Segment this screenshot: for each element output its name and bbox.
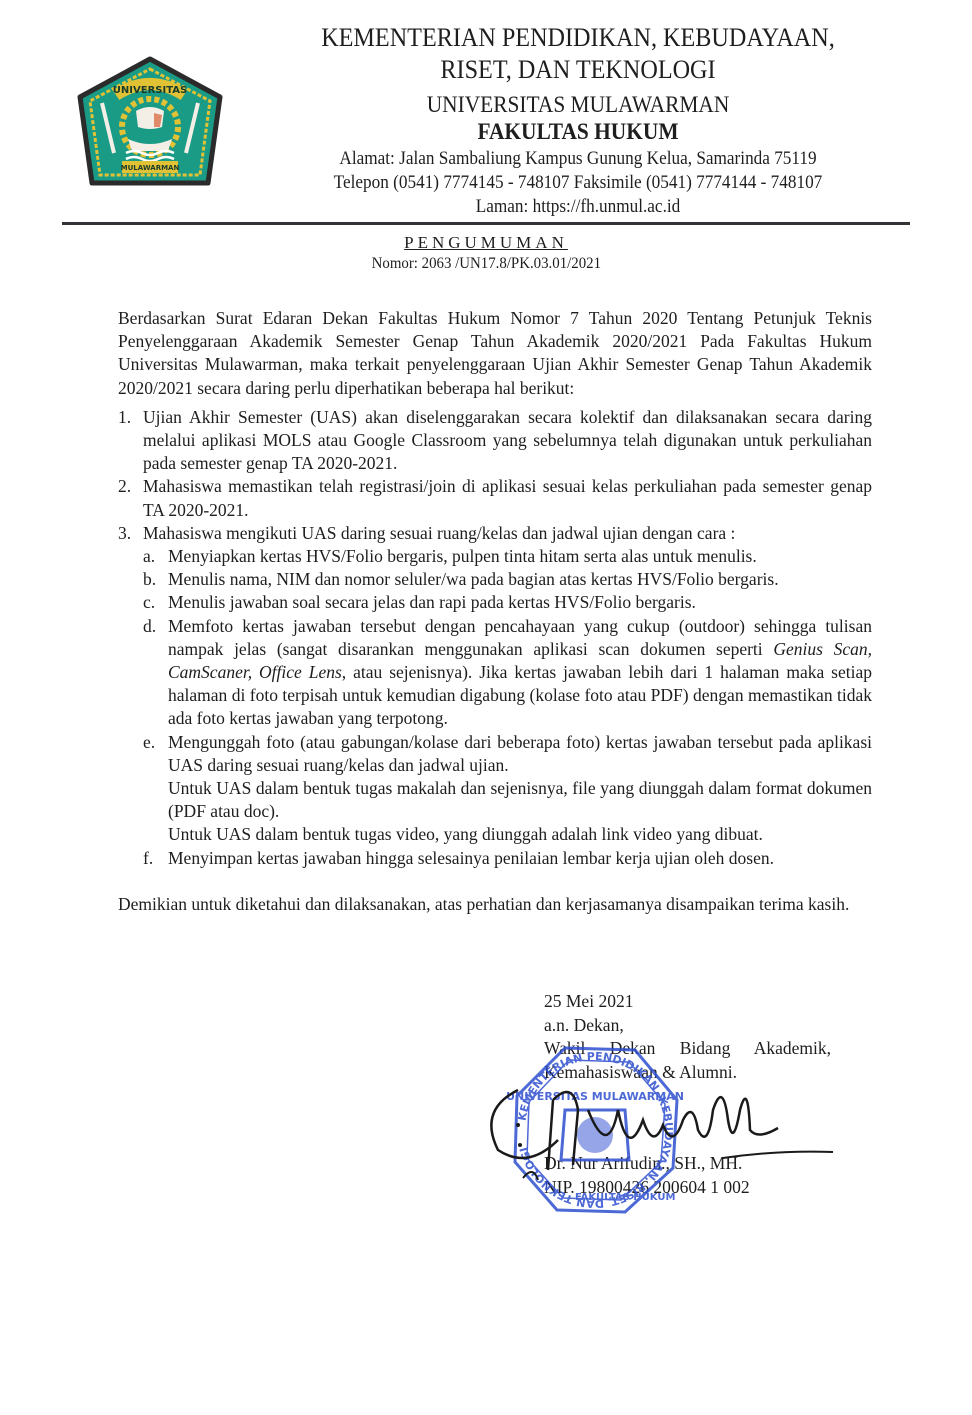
faculty-name: FAKULTAS HUKUM (290, 118, 867, 146)
letterhead-divider (62, 222, 910, 225)
svg-text:FAKULTAS HUKUM: FAKULTAS HUKUM (575, 1192, 675, 1203)
note-paper: Untuk UAS dalam bentuk tugas makalah dan… (168, 777, 872, 823)
intro-paragraph: Berdasarkan Surat Edaran Dekan Fakultas … (118, 307, 872, 400)
svg-text:UNIVERSITAS: UNIVERSITAS (113, 85, 187, 96)
list-item: 3. Mahasiswa mengikuti UAS daring sesuai… (118, 522, 872, 545)
sub-item-d: d. Memfoto kertas jawaban tersebut denga… (143, 615, 872, 731)
university-name: UNIVERSITAS MULAWARMAN (290, 91, 867, 119)
instruction-list: 1. Ujian Akhir Semester (UAS) akan disel… (118, 406, 872, 870)
contact-block: Alamat: Jalan Sambaliung Kampus Gunung K… (290, 147, 867, 219)
on-behalf: a.n. Dekan, (544, 1014, 844, 1038)
list-item: 1. Ujian Akhir Semester (UAS) akan disel… (118, 406, 872, 476)
sign-date: 25 Mei 2021 (544, 990, 844, 1014)
announcement-header: PENGUMUMAN Nomor: 2063 /UN17.8/PK.03.01/… (0, 232, 972, 274)
handwritten-signature-icon (478, 1070, 838, 1180)
announcement-title: PENGUMUMAN (0, 232, 972, 254)
note-video: Untuk UAS dalam bentuk tugas video, yang… (168, 823, 872, 846)
address: Alamat: Jalan Sambaliung Kampus Gunung K… (290, 147, 867, 171)
closing-paragraph: Demikian untuk diketahui dan dilaksanaka… (118, 893, 872, 916)
website: Laman: https://fh.unmul.ac.id (290, 195, 867, 219)
announcement-body: Berdasarkan Surat Edaran Dekan Fakultas … (118, 307, 872, 916)
list-item: 2. Mahasiswa memastikan telah registrasi… (118, 475, 872, 521)
sub-list: a. Menyiapkan kertas HVS/Folio bergaris,… (118, 545, 872, 870)
announcement-number: Nomor: 2063 /UN17.8/PK.03.01/2021 (371, 254, 600, 274)
phone-fax: Telepon (0541) 7774145 - 748107 Faksimil… (290, 171, 867, 195)
sub-item-e: e. Mengunggah foto (atau gabungan/kolase… (143, 731, 872, 847)
university-crest-icon: UNIVERSITAS MULAWARMAN (76, 55, 224, 195)
svg-text:MULAWARMAN: MULAWARMAN (121, 164, 180, 172)
ministry-line-2: RISET, DAN TEKNOLOGI (290, 54, 867, 86)
ministry-line-1: KEMENTERIAN PENDIDIKAN, KEBUDAYAAN, (290, 22, 867, 54)
sub-item-b: b. Menulis nama, NIM dan nomor seluler/w… (143, 568, 872, 591)
sub-item-c: c. Menulis jawaban soal secara jelas dan… (143, 591, 872, 614)
ministry-name: KEMENTERIAN PENDIDIKAN, KEBUDAYAAN, RISE… (290, 22, 867, 86)
sub-item-a: a. Menyiapkan kertas HVS/Folio bergaris,… (143, 545, 872, 568)
sub-item-f: f. Menyimpan kertas jawaban hingga seles… (143, 847, 872, 870)
